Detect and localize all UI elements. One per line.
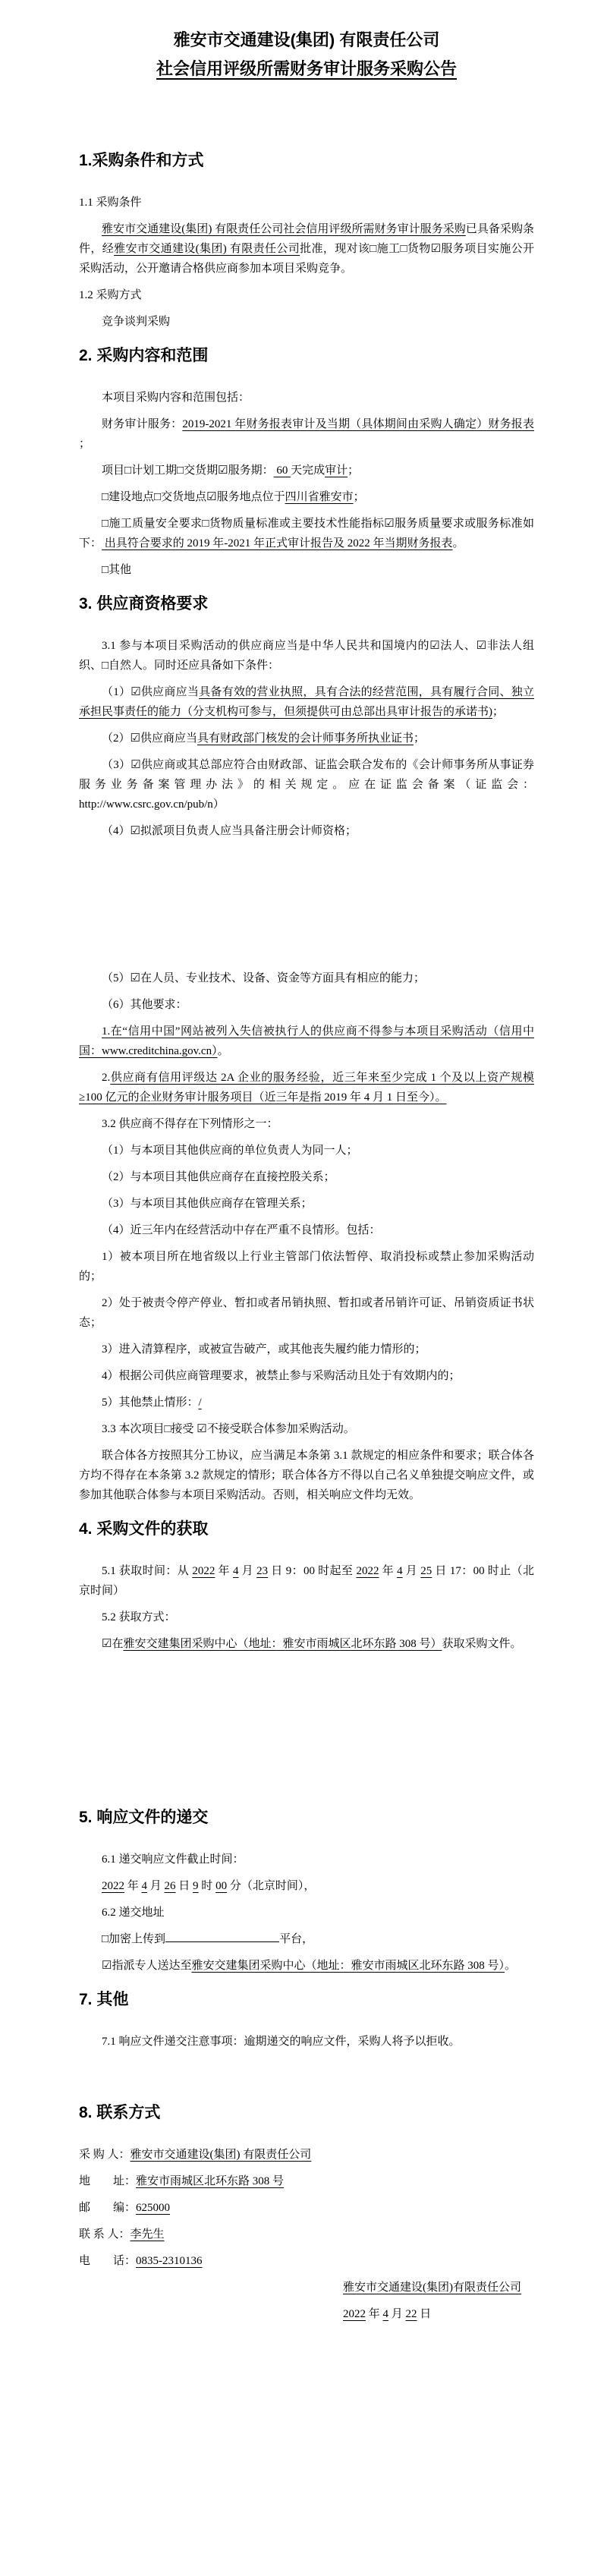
- text: 年: [379, 1565, 397, 1577]
- clause-5-2-method: ☑在雅安交建集团采购中心（地址：雅安市雨城区北环东路 308 号）获取采购文件。: [79, 1634, 534, 1654]
- signature-company: 雅安市交通建设(集团)有限责任公司: [343, 2278, 534, 2297]
- underlined-text: 雅安市交通建设(集团) 有限责任公司: [131, 2149, 312, 2161]
- text: 年: [124, 1880, 142, 1892]
- scope-service-period: 项目□计划工期□交货期☑服务期： 60 天完成审计；: [79, 461, 534, 480]
- underlined-text: 4: [383, 2308, 389, 2320]
- clause-3-1: 3.1 参与本项目采购活动的供应商应当是中华人民共和国境内的☑法人、☑非法人组织…: [79, 636, 534, 675]
- clause-1-1-heading: 1.1 采购条件: [79, 193, 534, 213]
- requirement-4: （4）☑拟派项目负责人应当具备注册会计师资格；: [79, 821, 534, 841]
- underlined-text: [165, 1930, 279, 1942]
- text: （3）☑供应商或其总部应符合由财政部、证监会联合发布的《会计师事务所从事证券服务…: [79, 759, 534, 811]
- text: 平台，: [279, 1933, 313, 1945]
- document-title: 雅安市交通建设(集团) 有限责任公司 社会信用评级所需财务审计服务采购公告: [79, 26, 534, 83]
- underlined-text: 雅安市交通建设(集团) 有限责任公司: [114, 243, 300, 255]
- document-title-line-2: 社会信用评级所需财务审计服务采购公告: [79, 55, 534, 83]
- text: 4. 采购文件的获取: [79, 1520, 208, 1538]
- text: □加密上传到: [102, 1933, 165, 1945]
- underlined-text: 22: [406, 2308, 417, 2320]
- underlined-text: /: [199, 1397, 202, 1409]
- text: □其他: [102, 564, 131, 576]
- text: 月: [238, 1565, 256, 1577]
- underlined-text: 雅安交建集团采购中心（地址：雅安市雨城区北环东路 308 号）: [191, 1960, 505, 1972]
- section-2-heading: 2. 采购内容和范围: [79, 344, 534, 368]
- situation-3: （3）与本项目其他供应商存在管理关系；: [79, 1194, 534, 1214]
- text: 地 址：: [79, 2175, 136, 2187]
- scope-other: □其他: [79, 560, 534, 580]
- text: 1.2 采购方式: [79, 289, 142, 301]
- underlined-text: 审计: [325, 464, 348, 477]
- clause-5-2-heading: 5.2 获取方式：: [79, 1608, 534, 1627]
- underlined-text: 雅安市雨城区北环东路 308 号: [136, 2175, 284, 2187]
- text: 年: [215, 1565, 233, 1577]
- text: （5）☑在人员、专业技术、设备、资金等方面具有相应的能力；: [102, 972, 425, 984]
- text: □建设地点□交货地点☑服务地点位于: [102, 491, 285, 503]
- underlined-text: 0835-2310136: [136, 2255, 203, 2267]
- text: 联合体各方按照其分工协议，应当满足本条第 3.1 款规定的相应条件和要求；联合体…: [79, 1450, 534, 1501]
- clause-6-1-heading: 6.1 递交响应文件截止时间：: [79, 1850, 534, 1869]
- text: 时: [199, 1880, 216, 1892]
- text: 。: [453, 537, 464, 550]
- text: 采 购 人：: [79, 2149, 131, 2161]
- contact-person: 联 系 人：李先生: [79, 2225, 534, 2244]
- page-break-gap-1: [79, 848, 534, 962]
- section-3-heading: 3. 供应商资格要求: [79, 592, 534, 616]
- submission-deadline: 2022 年 4 月 26 日 9 时 00 分（北京时间），: [79, 1876, 534, 1896]
- underlined-text: 26: [165, 1880, 176, 1892]
- clause-5-1-time: 5.1 获取时间：从 2022 年 4 月 23 日 9：00 时起至 2022…: [79, 1561, 534, 1601]
- text: 年: [366, 2308, 383, 2320]
- text: 1.1 采购条件: [79, 197, 142, 209]
- underlined-text: 4: [397, 1565, 403, 1577]
- clause-1-2-heading: 1.2 采购方式: [79, 285, 534, 305]
- clause-3-2: 3.2 供应商不得存在下列情形之一：: [79, 1114, 534, 1134]
- text: 日 9：00 时起至: [268, 1565, 356, 1577]
- text: （4）☑拟派项目负责人应当具备注册会计师资格；: [102, 825, 357, 837]
- requirement-6: （6）其他要求：: [79, 995, 534, 1015]
- text: 3.1 参与本项目采购活动的供应商应当是中华人民共和国境内的☑法人、☑非法人组织…: [79, 640, 534, 672]
- underlined-text: 00: [215, 1880, 227, 1892]
- underlined-text: 雅安交建集团采购中心（地址：雅安市雨城区北环东路 308 号）: [123, 1638, 442, 1650]
- underlined-text: 具有财政部门核发的会计师事务所执业证书: [197, 732, 414, 745]
- contact-postcode: 邮 编：625000: [79, 2198, 534, 2218]
- text: 本项目采购内容和范围包括：: [102, 392, 250, 404]
- submit-upload-option: □加密上传到平台，: [79, 1929, 534, 1949]
- text: 电 话：: [79, 2255, 136, 2267]
- text: 3. 供应商资格要求: [79, 595, 208, 613]
- text: 获取采购文件。: [442, 1638, 521, 1650]
- situation-4-5: 5）其他禁止情形：/: [79, 1393, 534, 1412]
- scope-service-location: □建设地点□交货地点☑服务地点位于四川省雅安市；: [79, 487, 534, 507]
- scope-audit-service: 财务审计服务：2019-2021 年财务报表审计及当期（具体期间由采购人确定）财…: [79, 414, 534, 454]
- requirement-2: （2）☑供应商应当具有财政部门核发的会计师事务所执业证书；: [79, 729, 534, 748]
- contact-phone: 电 话：0835-2310136: [79, 2251, 534, 2271]
- text: ；: [354, 491, 365, 503]
- section-4-heading: 4. 采购文件的获取: [79, 1517, 534, 1542]
- text: 日: [417, 2308, 432, 2320]
- text: 3.3 本次项目□接受 ☑不接受联合体参加采购活动。: [102, 1423, 355, 1435]
- text: 。: [505, 1960, 516, 1972]
- text: （4）近三年内在经营活动中存在严重不良情形。包括：: [102, 1224, 381, 1236]
- other-requirement-2: 2.供应商有信用评级达 2A 企业的服务经验，近三年来至少完成 1 个及以上资产…: [79, 1068, 534, 1107]
- text: 竞争谈判采购: [102, 316, 170, 328]
- text: 1.采购条件和方式: [79, 152, 204, 169]
- text: 项目□计划工期□交货期☑服务期：: [102, 464, 274, 477]
- text: 分（北京时间），: [227, 1880, 315, 1892]
- text: （3）与本项目其他供应商存在管理关系；: [102, 1198, 313, 1210]
- scope-quality-standard: □施工质量安全要求□货物质量标准或主要技术性能指标☑服务质量要求或服务标准如下：…: [79, 514, 534, 553]
- text: 月: [388, 2308, 406, 2320]
- underlined-text: 雅安市交通建设(集团)有限责任公司: [343, 2282, 521, 2294]
- underlined-text: 2022: [343, 2308, 366, 2320]
- underlined-text: 4: [142, 1880, 148, 1892]
- other-requirement-1: 1.在“信用中国”网站被列入失信被执行人的供应商不得参与本项目采购活动（信用中国…: [79, 1022, 534, 1061]
- situation-4: （4）近三年内在经营活动中存在严重不良情形。包括：: [79, 1220, 534, 1240]
- text: 6.2 递交地址: [102, 1907, 165, 1919]
- text: （2）与本项目其他供应商存在直接控股关系；: [102, 1171, 335, 1183]
- document-title-line-1: 雅安市交通建设(集团) 有限责任公司: [79, 26, 534, 55]
- text: 5）其他禁止情形：: [102, 1397, 199, 1409]
- text: 5. 响应文件的递交: [79, 1809, 208, 1826]
- situation-4-3: 3）进入清算程序，或被宣告破产，或其他丧失履约能力情形的；: [79, 1340, 534, 1359]
- signature-date: 2022 年 4 月 22 日: [343, 2304, 534, 2324]
- text: 7. 其他: [79, 1991, 128, 2008]
- text: ；: [348, 464, 359, 477]
- text: 8. 联系方式: [79, 2104, 160, 2121]
- text: 2. 采购内容和范围: [79, 347, 208, 364]
- section-8-heading: 8. 联系方式: [79, 2101, 534, 2125]
- page: { "page": { "background": "#ffffff", "te…: [0, 0, 607, 2576]
- situation-2: （2）与本项目其他供应商存在直接控股关系；: [79, 1167, 534, 1187]
- text: 日: [176, 1880, 193, 1892]
- underlined-text: 1.在“信用中国”网站被列入失信被执行人的供应商不得参与本项目采购活动（信用中国…: [79, 1025, 534, 1057]
- text: 7.1 响应文件递交注意事项：逾期递交的响应文件，采购人将予以拒收。: [102, 2036, 461, 2048]
- text: ☑在: [102, 1638, 123, 1650]
- situation-4-2: 2）处于被责令停产停业、暂扣或者吊销执照、暂扣或者吊销许可证、吊销资质证书状态；: [79, 1293, 534, 1333]
- text: 2）处于被责令停产停业、暂扣或者吊销执照、暂扣或者吊销许可证、吊销资质证书状态；: [79, 1297, 534, 1329]
- text: 天完成: [291, 464, 325, 477]
- underlined-text: 供应商有信用评级达 2A 企业的服务经验，近三年来至少完成 1 个及以上资产规模…: [79, 1072, 534, 1104]
- text: 1）被本项目所在地省级以上行业主管部门依法暂停、取消投标或禁止参加采购活动的；: [79, 1251, 534, 1283]
- section-5-heading: 5. 响应文件的递交: [79, 1806, 534, 1830]
- underlined-text: 2022: [102, 1880, 124, 1892]
- text: 5.2 获取方式：: [102, 1611, 176, 1623]
- underlined-text: 2022: [356, 1565, 379, 1577]
- text: 月: [147, 1880, 165, 1892]
- text: ☑指派专人送达至: [102, 1960, 191, 1972]
- text: （6）其他要求：: [102, 999, 187, 1011]
- text: ；: [414, 732, 425, 745]
- text: 3）进入清算程序，或被宣告破产，或其他丧失履约能力情形的；: [102, 1343, 426, 1356]
- underlined-text: 雅安市交通建设(集团) 有限责任公司社会信用评级所需财务审计服务采购: [102, 223, 466, 235]
- contact-address: 地 址：雅安市雨城区北环东路 308 号: [79, 2171, 534, 2191]
- consortium-note: 联合体各方按照其分工协议，应当满足本条第 3.1 款规定的相应条件和要求；联合体…: [79, 1446, 534, 1505]
- underlined-text: 2022: [192, 1565, 215, 1577]
- clause-1-1-body: 雅安市交通建设(集团) 有限责任公司社会信用评级所需财务审计服务采购已具备采购条…: [79, 219, 534, 279]
- underlined-text: 625000: [136, 2202, 170, 2214]
- underlined-text: 四川省雅安市: [285, 491, 354, 503]
- requirement-1: （1）☑供应商应当具备有效的营业执照，具有合法的经营范围，具有履行合同、独立承担…: [79, 682, 534, 722]
- text: 5.1 获取时间：从: [102, 1565, 192, 1577]
- underlined-text: 23: [256, 1565, 268, 1577]
- contact-purchaser: 采 购 人：雅安市交通建设(集团) 有限责任公司: [79, 2145, 534, 2165]
- section-7-heading: 7. 其他: [79, 1988, 534, 2012]
- underlined-text: 李先生: [131, 2228, 165, 2241]
- page-break-gap-2: [79, 1661, 534, 1793]
- situation-4-4: 4）根据公司供应商管理要求，被禁止参与采购活动且处于有效期内的；: [79, 1366, 534, 1386]
- underlined-text: 60: [274, 464, 291, 477]
- text: 月: [403, 1565, 421, 1577]
- document-body: 1.采购条件和方式1.1 采购条件雅安市交通建设(集团) 有限责任公司社会信用评…: [79, 149, 534, 2324]
- underlined-text: 出具符合要求的 2019 年-2021 年正式审计报告及 2022 年当期财务报…: [102, 537, 453, 550]
- text: ；: [492, 706, 504, 718]
- text: （2）☑供应商应当: [102, 732, 197, 745]
- situation-1: （1）与本项目其他供应商的单位负责人为同一人；: [79, 1141, 534, 1160]
- text: 2.: [102, 1072, 110, 1084]
- text: 3.2 供应商不得存在下列情形之一：: [102, 1118, 278, 1130]
- text: 联 系 人：: [79, 2228, 131, 2241]
- requirement-3: （3）☑供应商或其总部应符合由财政部、证监会联合发布的《会计师事务所从事证券服务…: [79, 755, 534, 814]
- procurement-method: 竞争谈判采购: [79, 312, 534, 332]
- text: 邮 编：: [79, 2202, 136, 2214]
- requirement-5: （5）☑在人员、专业技术、设备、资金等方面具有相应的能力；: [79, 968, 534, 988]
- scope-intro: 本项目采购内容和范围包括：: [79, 388, 534, 408]
- clause-3-3: 3.3 本次项目□接受 ☑不接受联合体参加采购活动。: [79, 1419, 534, 1439]
- text: 财务审计服务：: [102, 418, 182, 430]
- underlined-text: 25: [420, 1565, 432, 1577]
- text: 4）根据公司供应商管理要求，被禁止参与采购活动且处于有效期内的；: [102, 1370, 461, 1382]
- text: 6.1 递交响应文件截止时间：: [102, 1853, 244, 1866]
- underlined-text: 9: [193, 1880, 199, 1892]
- text: （1）☑供应商应当: [102, 686, 199, 698]
- page-break-gap-3: [79, 2058, 534, 2089]
- text: ；: [79, 438, 90, 450]
- clause-7-1: 7.1 响应文件递交注意事项：逾期递交的响应文件，采购人将予以拒收。: [79, 2032, 534, 2052]
- section-1-heading: 1.采购条件和方式: [79, 149, 534, 173]
- procurement-announcement-document: 雅安市交通建设(集团) 有限责任公司 社会信用评级所需财务审计服务采购公告 1.…: [0, 0, 607, 2324]
- text: （1）与本项目其他供应商的单位负责人为同一人；: [102, 1145, 358, 1157]
- submit-delivery-option: ☑指派专人送达至雅安交建集团采购中心（地址：雅安市雨城区北环东路 308 号）。: [79, 1956, 534, 1976]
- clause-6-2-heading: 6.2 递交地址: [79, 1903, 534, 1923]
- situation-4-1: 1）被本项目所在地省级以上行业主管部门依法暂停、取消投标或禁止参加采购活动的；: [79, 1247, 534, 1286]
- underlined-text: 2019-2021 年财务报表审计及当期（具体期间由采购人确定）财务报表: [182, 418, 534, 430]
- text: 。: [218, 1045, 229, 1057]
